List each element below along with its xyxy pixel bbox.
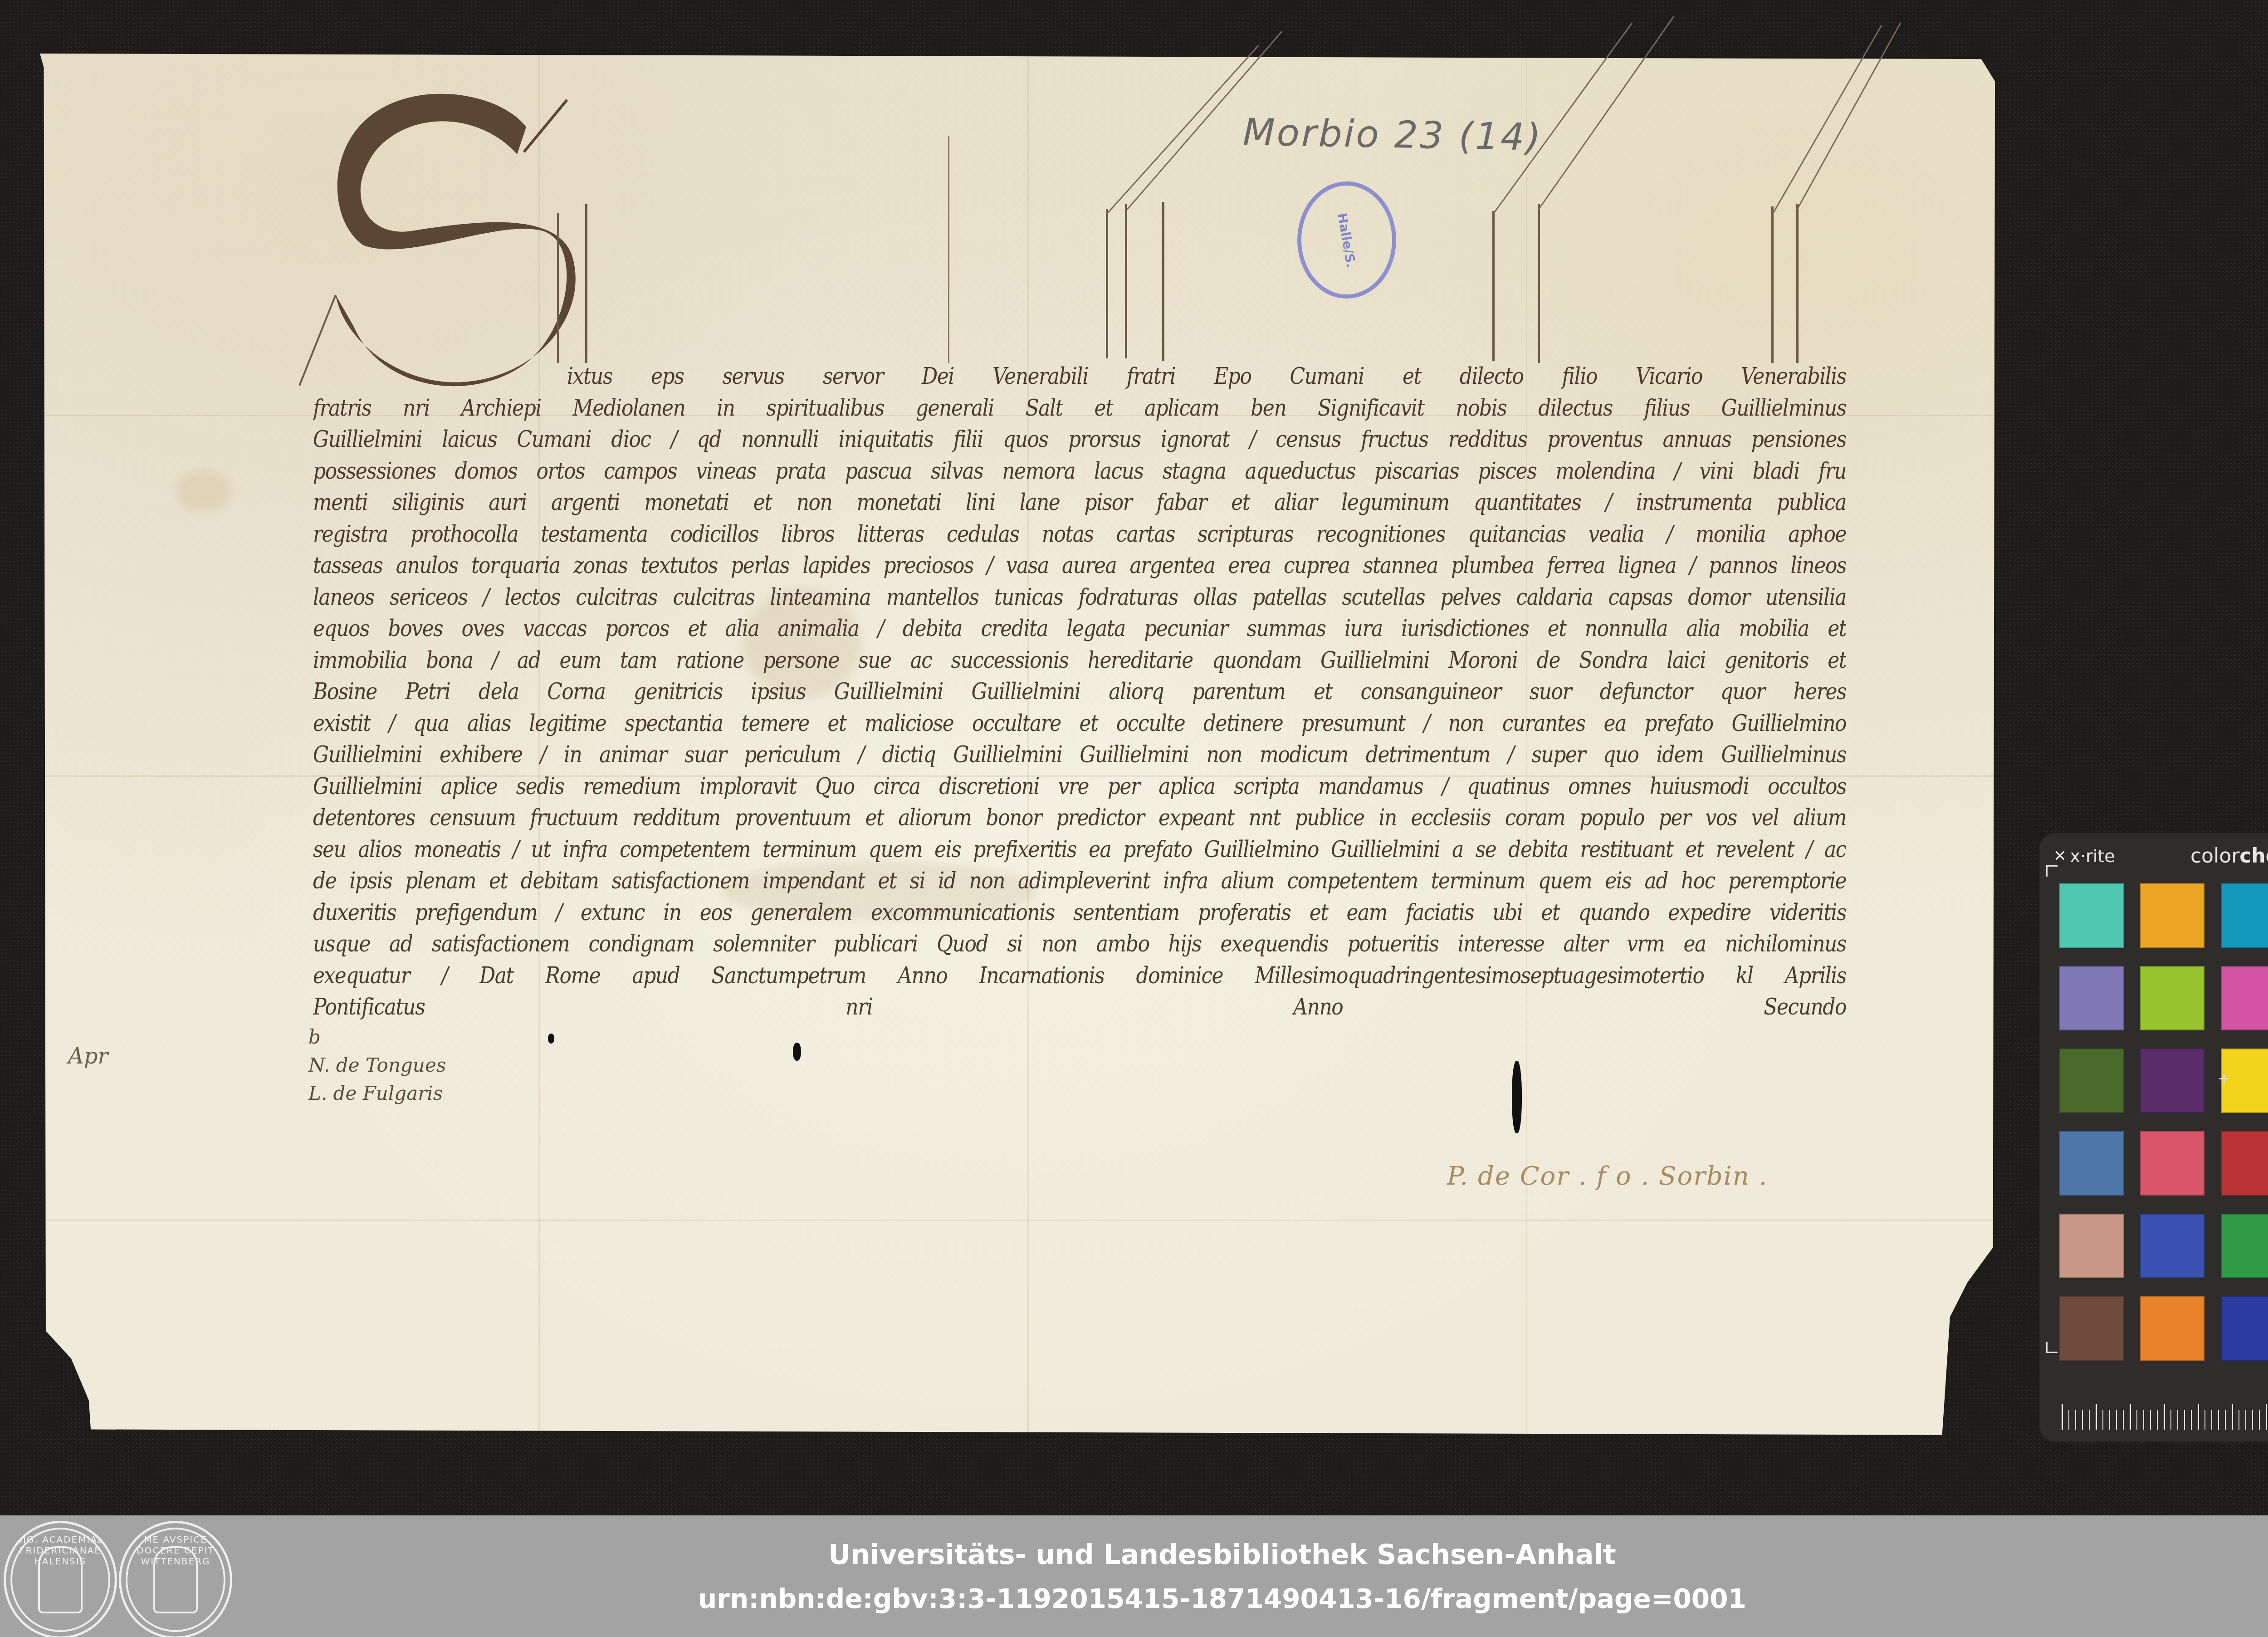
- color-checker-header: ✕ x·rite colorchecker CLASSIC: [2053, 843, 2268, 871]
- ascender-stroke: [1106, 209, 1108, 358]
- document-body-text: ixtus eps servus servor Dei Venerabili f…: [313, 361, 1846, 1023]
- text-line: usque ad satisfactionem condignam solemn…: [313, 926, 1846, 962]
- mm-ruler-major-ticks: [2062, 1404, 2268, 1430]
- text-line: fratris nri Archiepi Mediolanen in spiri…: [313, 390, 1846, 426]
- xrite-logo: ✕ x·rite: [2053, 846, 2115, 866]
- crosshair-icon: +: [2218, 1069, 2231, 1088]
- title-bold: checker: [2239, 844, 2268, 868]
- color-patch: [2059, 1049, 2124, 1113]
- xrite-mark-icon: ✕: [2053, 847, 2067, 865]
- corner-mark-icon: [2046, 1342, 2058, 1353]
- text-line: detentores censuum fructuum redditum pro…: [313, 800, 1846, 836]
- library-stamp: Halle/S.: [1297, 181, 1396, 299]
- color-patch: [2059, 1131, 2124, 1196]
- ascender-stroke: [1162, 202, 1164, 361]
- dating-word: nri: [846, 989, 872, 1025]
- dating-line: Pontificatus nri Anno Secundo: [313, 989, 1846, 1025]
- hole: [548, 1034, 554, 1044]
- fold-line: [40, 1220, 1995, 1221]
- color-patch: [2221, 966, 2268, 1030]
- text-line: Guillielmini aplice sedis remedium implo…: [313, 768, 1846, 804]
- scribe-signature: P. de Cor . f o . Sorbin .: [1447, 1162, 1768, 1191]
- dating-word: Secundo: [1764, 989, 1846, 1025]
- scribe-notes: b N. de Tongues L. de Fulgaris: [308, 1023, 446, 1108]
- color-patch: [2140, 1131, 2204, 1196]
- colorchecker-title: colorchecker CLASSIC: [2190, 844, 2268, 868]
- scribe-mark: b: [308, 1023, 446, 1051]
- ascender-stroke: [1538, 204, 1540, 363]
- dating-word: Anno: [1293, 989, 1343, 1025]
- color-patch: [2059, 883, 2124, 948]
- color-patch: [2221, 1296, 2268, 1361]
- text-line: Guillielmini laicus Cumani dioc / qd non…: [313, 422, 1846, 458]
- color-patch-grid: [2059, 883, 2268, 1346]
- color-patch: [2221, 1214, 2268, 1278]
- color-patch: [2140, 883, 2204, 948]
- text-line: tasseas anulos torquaria zonas textutos …: [313, 548, 1846, 584]
- shelfmark-pencil: Morbio 23 (14): [1242, 111, 1543, 159]
- color-patch: [2140, 966, 2204, 1030]
- ascender-stroke: [948, 136, 949, 363]
- text-line: exequatur / Dat Rome apud Sanctumpetrum …: [313, 957, 1846, 994]
- text-line: existit / qua alias legitime spectantia …: [313, 705, 1846, 741]
- institution-name: Universitäts- und Landesbibliothek Sachs…: [0, 1539, 2268, 1571]
- urn-identifier[interactable]: urn:nbn:de:gbv:3:3-1192015415-1871490413…: [0, 1583, 2268, 1614]
- text-line: Bosine Petri dela Corna genitricis ipsiu…: [313, 674, 1846, 710]
- text-line: immobilia bona / ad eum tam ratione pers…: [313, 642, 1846, 678]
- library-footer: SIG. ACADEMIAE FRIDERICIANAE HALENSIS ME…: [0, 1515, 2268, 1637]
- text-line: Guillielmini exhibere / in animar suar p…: [313, 737, 1846, 773]
- dating-word: Pontificatus: [313, 989, 425, 1025]
- ascender-stroke: [1771, 206, 1774, 363]
- text-line: de ipsis plenam et debitam satisfactione…: [313, 863, 1846, 899]
- initial-letter-s: [272, 73, 626, 404]
- text-line: equos boves oves vaccas porcos et alia a…: [313, 611, 1846, 647]
- ascender-stroke: [585, 204, 587, 363]
- text-line: registra prothocolla testamenta codicill…: [313, 516, 1846, 552]
- color-patch: [2059, 1214, 2124, 1278]
- color-patch: [2059, 1296, 2124, 1361]
- ascender-stroke: [557, 213, 559, 363]
- color-patch: [2140, 1296, 2204, 1361]
- university-seal-halle-icon: SIG. ACADEMIAE FRIDERICIANAE HALENSIS: [4, 1521, 117, 1637]
- color-checker-card: ✕ x·rite colorchecker CLASSIC + mm: [2040, 833, 2268, 1441]
- color-patch: [2221, 1131, 2268, 1196]
- corner-mark-icon: [2046, 865, 2058, 877]
- hole: [1512, 1061, 1522, 1133]
- ascender-stroke: [1796, 204, 1799, 363]
- ascender-stroke: [1125, 204, 1127, 358]
- text-line: menti siliginis auri argenti monetati et…: [313, 485, 1846, 521]
- color-patch: [2059, 966, 2124, 1030]
- color-patch: [2221, 883, 2268, 948]
- scribe-line: N. de Tongues: [308, 1051, 446, 1079]
- text-line: possessiones domos ortos campos vineas p…: [313, 453, 1846, 489]
- title-light: color: [2190, 844, 2239, 868]
- color-patch: [2140, 1214, 2204, 1278]
- university-seal-wittenberg-icon: ME AVSPICE DOCERE CEPIT WITTENBERG: [119, 1521, 232, 1637]
- color-patch: [2140, 1049, 2204, 1113]
- stain: [176, 471, 230, 512]
- text-line: ixtus eps servus servor Dei Venerabili f…: [313, 358, 1846, 395]
- margin-note-apr: Apr: [68, 1044, 108, 1069]
- text-line: seu alios moneatis / ut infra competente…: [313, 831, 1846, 868]
- xrite-brand: x·rite: [2070, 846, 2115, 866]
- ascender-stroke: [1492, 211, 1495, 361]
- stamp-city: Halle/S.: [1334, 211, 1359, 268]
- scribe-line: L. de Fulgaris: [308, 1079, 446, 1108]
- text-line: laneos sericeos / lectos culcitras culci…: [313, 579, 1846, 615]
- hole: [793, 1043, 801, 1061]
- text-line: duxeritis prefigendum / extunc in eos ge…: [313, 894, 1846, 931]
